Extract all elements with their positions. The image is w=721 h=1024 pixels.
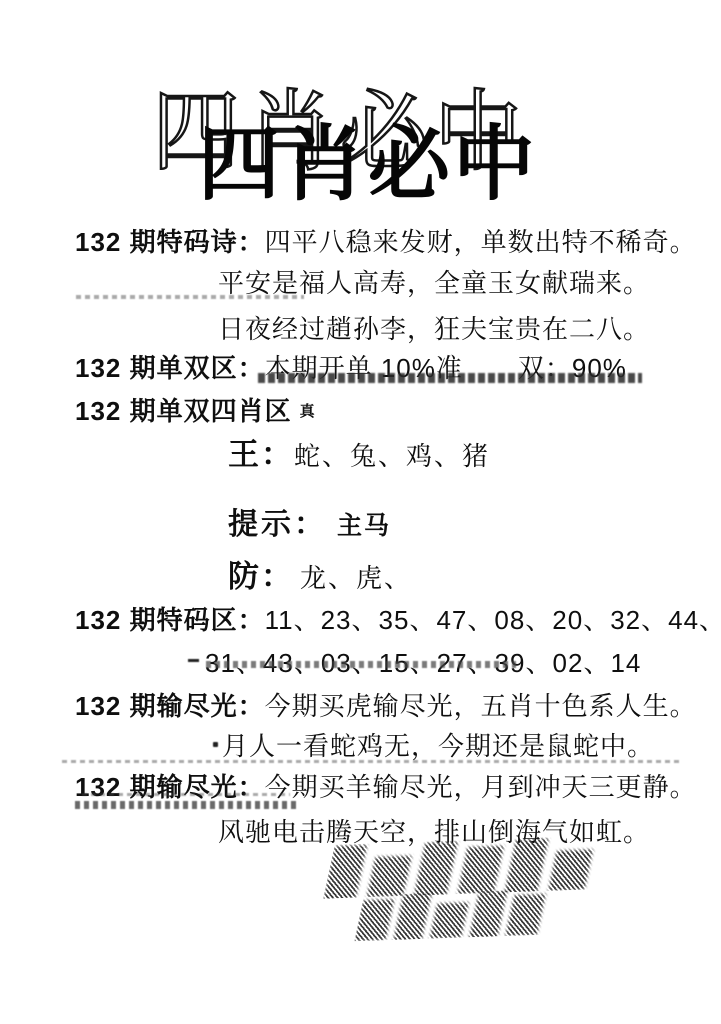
lose-all-2-line-1: 132 期输尽光：今期买羊输尽光，月到冲天三更静。 — [75, 767, 697, 804]
poem-line-1: 132 期特码诗：四平八稳来发财，单数出特不稀奇。 — [75, 222, 697, 259]
lose-all-1-label: 132 期输尽光： — [75, 691, 265, 721]
blurred-text-artifact-3 — [82, 793, 290, 796]
odd-even-label: 132 期单双区： — [75, 353, 265, 383]
poem-verse-2: 平安是福人高寿，全童玉女献瑞来。 — [218, 268, 650, 298]
lose-all-2-verse-1: 今期买羊输尽光，月到冲天三更静。 — [265, 772, 697, 802]
poem-verse-1: 四平八稳来发财，单数出特不稀奇。 — [265, 227, 697, 257]
special-zone-line-1: 132 期特码区：11、23、35、47、08、20、32、44、07、19、 — [75, 600, 721, 637]
four-zodiac-header: 132 期单双四肖区真 — [75, 391, 315, 428]
hint-value: 主马 — [337, 512, 391, 540]
lose-all-1-verse-2: 月人一看蛇鸡无，今期还是鼠蛇中。 — [222, 731, 654, 761]
lose-all-1-verse-1: 今期买虎输尽光，五肖十色系人生。 — [265, 691, 697, 721]
blurred-text-artifact-4 — [75, 801, 297, 809]
watermark-stamp-line-2: ▇█▆█▇ — [354, 889, 554, 942]
section-mark: 真 — [300, 403, 315, 420]
lose-all-1-line-2: 月人一看蛇鸡无，今期还是鼠蛇中。 — [222, 726, 654, 763]
guard-zodiac-list: 龙、虎、 — [300, 563, 412, 593]
lose-all-1-line-1: 132 期输尽光：今期买虎输尽光，五肖十色系人生。 — [75, 686, 697, 723]
blurred-line-artifact — [62, 760, 680, 763]
guard-row: 防：龙、虎、 — [228, 551, 412, 596]
four-zodiac-main-row: 王：蛇、兔、鸡、猪 — [228, 429, 490, 474]
special-zone-label: 132 期特码区： — [75, 605, 265, 635]
poem-label: 132 期特码诗： — [75, 227, 265, 257]
guard-key: 防： — [228, 559, 294, 594]
watermark-stamp-line-1: █▆█▇█▆ — [323, 835, 607, 898]
hint-key: 提示： — [228, 508, 327, 541]
lose-all-2-label: 132 期输尽光： — [75, 772, 265, 802]
blurred-text-artifact-1 — [76, 295, 304, 299]
poem-line-3: 日夜经过趙孙李，狂夫宝贵在二八。 — [218, 309, 650, 346]
blurred-fineprint-artifact — [258, 373, 642, 383]
tick-artifact — [188, 659, 199, 662]
hint-row: 提示：主马 — [228, 499, 391, 543]
dot-artifact — [213, 742, 218, 747]
special-zone-numbers-1: 11、23、35、47、08、20、32、44、07、19、 — [265, 605, 721, 635]
page-title: 四肖必中 — [198, 99, 538, 216]
main-key: 王： — [228, 437, 294, 472]
blurred-text-artifact-2 — [206, 661, 516, 668]
tip-sheet-page: 四肖必中 四肖必中 132 期特码诗：四平八稳来发财，单数出特不稀奇。 平安是福… — [0, 0, 721, 1024]
four-zodiac-label: 132 期单双四肖区 — [75, 396, 292, 426]
main-zodiac-list: 蛇、兔、鸡、猪 — [294, 441, 490, 471]
poem-verse-3: 日夜经过趙孙李，狂夫宝贵在二八。 — [218, 314, 650, 344]
